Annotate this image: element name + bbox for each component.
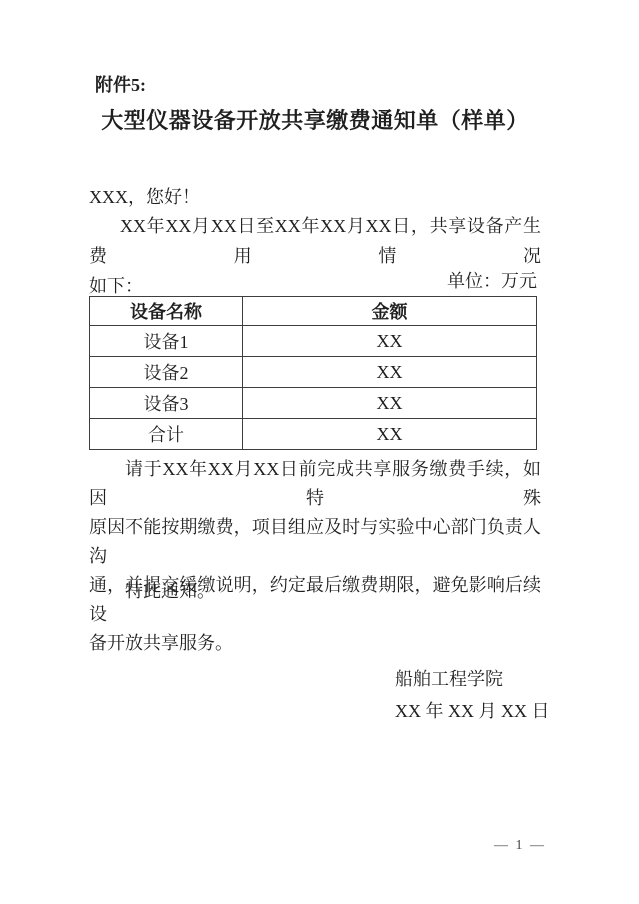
device-name-cell: 设备1 [90,326,243,357]
column-header-amount: 金额 [243,297,537,326]
total-amount-cell: XX [243,419,537,450]
signature-organization: 船舶工程学院 [395,663,550,695]
signature-block: 船舶工程学院 XX 年 XX 月 XX 日 [395,663,550,727]
amount-cell: XX [243,388,537,419]
unit-note: 单位：万元 [89,267,537,293]
table-row: 设备2 XX [90,357,537,388]
signature-date: XX 年 XX 月 XX 日 [395,695,550,727]
body-line-1: 请于XX年XX月XX日前完成共享服务缴费手续，如因特殊 [89,455,541,513]
body-line-4: 备开放共享服务。 [89,629,541,658]
body-paragraph: 请于XX年XX月XX日前完成共享服务缴费手续，如因特殊 原因不能按期缴费，项目组… [89,455,541,658]
amount-cell: XX [243,326,537,357]
column-header-device-name: 设备名称 [90,297,243,326]
document-page: 附件5: 大型仪器设备开放共享缴费通知单（样单） XXX，您好！ XX年XX月X… [0,0,639,904]
attachment-label: 附件5: [95,71,146,97]
table-row-total: 合计 XX [90,419,537,450]
fee-table: 设备名称 金额 设备1 XX 设备2 XX 设备3 XX 合计 XX [89,296,537,450]
page-title: 大型仪器设备开放共享缴费通知单（样单） [89,104,541,135]
amount-cell: XX [243,357,537,388]
greeting-text: XXX，您好！ [89,182,200,212]
closing-text: 特此通知。 [89,576,215,606]
table-row: 设备1 XX [90,326,537,357]
table-row: 设备3 XX [90,388,537,419]
total-label-cell: 合计 [90,419,243,450]
body-line-2: 原因不能按期缴费，项目组应及时与实验中心部门负责人沟 [89,513,541,571]
device-name-cell: 设备3 [90,388,243,419]
intro-line-1: XX年XX月XX日至XX年XX月XX日，共享设备产生费用情况 [89,211,541,271]
page-number: — 1 — [460,838,580,854]
table-header-row: 设备名称 金额 [90,297,537,326]
device-name-cell: 设备2 [90,357,243,388]
